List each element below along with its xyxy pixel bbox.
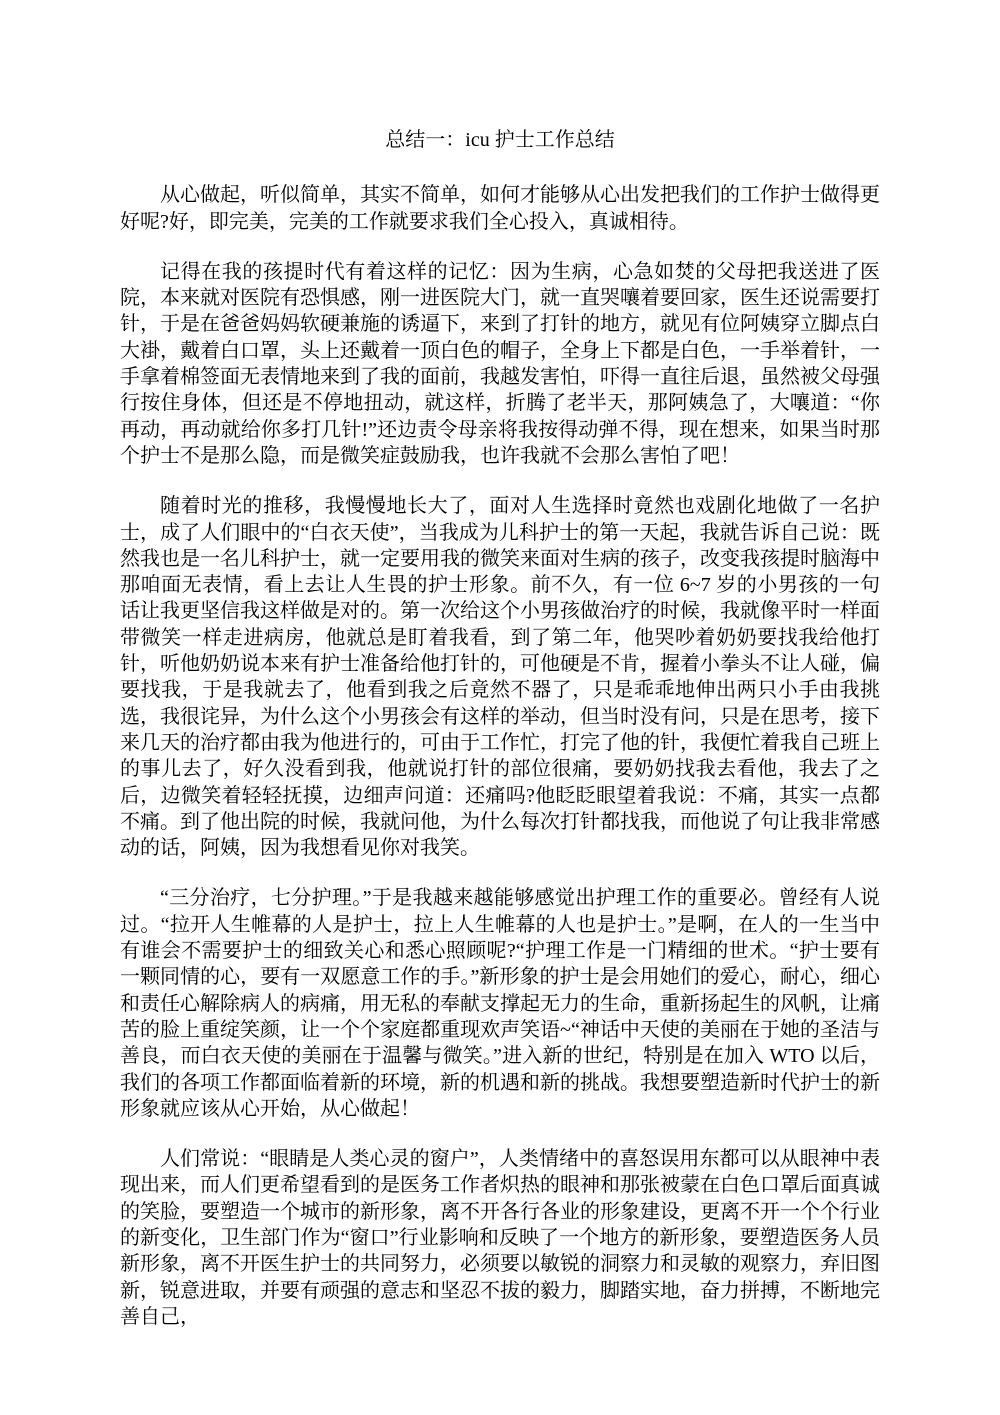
document-page: 总结一：icu 护士工作总结 从心做起，听似简单，其实不简单，如何才能够从心出发… [0,0,1000,1415]
paragraph-intro: 从心做起，听似简单，其实不简单，如何才能够从心出发把我们的工作护士做得更好呢?好… [120,182,880,235]
paragraph-childhood-memory: 记得在我的孩提时代有着这样的记忆：因为生病，心急如焚的父母把我送进了医院，本来就… [120,259,880,469]
document-title: 总结一：icu 护士工作总结 [120,127,880,153]
paragraph-nursing-importance: “三分治疗，七分护理。”于是我越来越能够感觉出护理工作的重要必。曾经有人说过。“… [120,885,880,1122]
paragraph-becoming-nurse: 随着时光的推移，我慢慢地长大了，面对人生选择时竟然也戏剧化地做了一名护士，成了人… [120,493,880,861]
paragraph-new-image: 人们常说：“眼睛是人类心灵的窗户”，人类情绪中的喜怒误用东都可以从眼神中表现出来… [120,1146,880,1330]
